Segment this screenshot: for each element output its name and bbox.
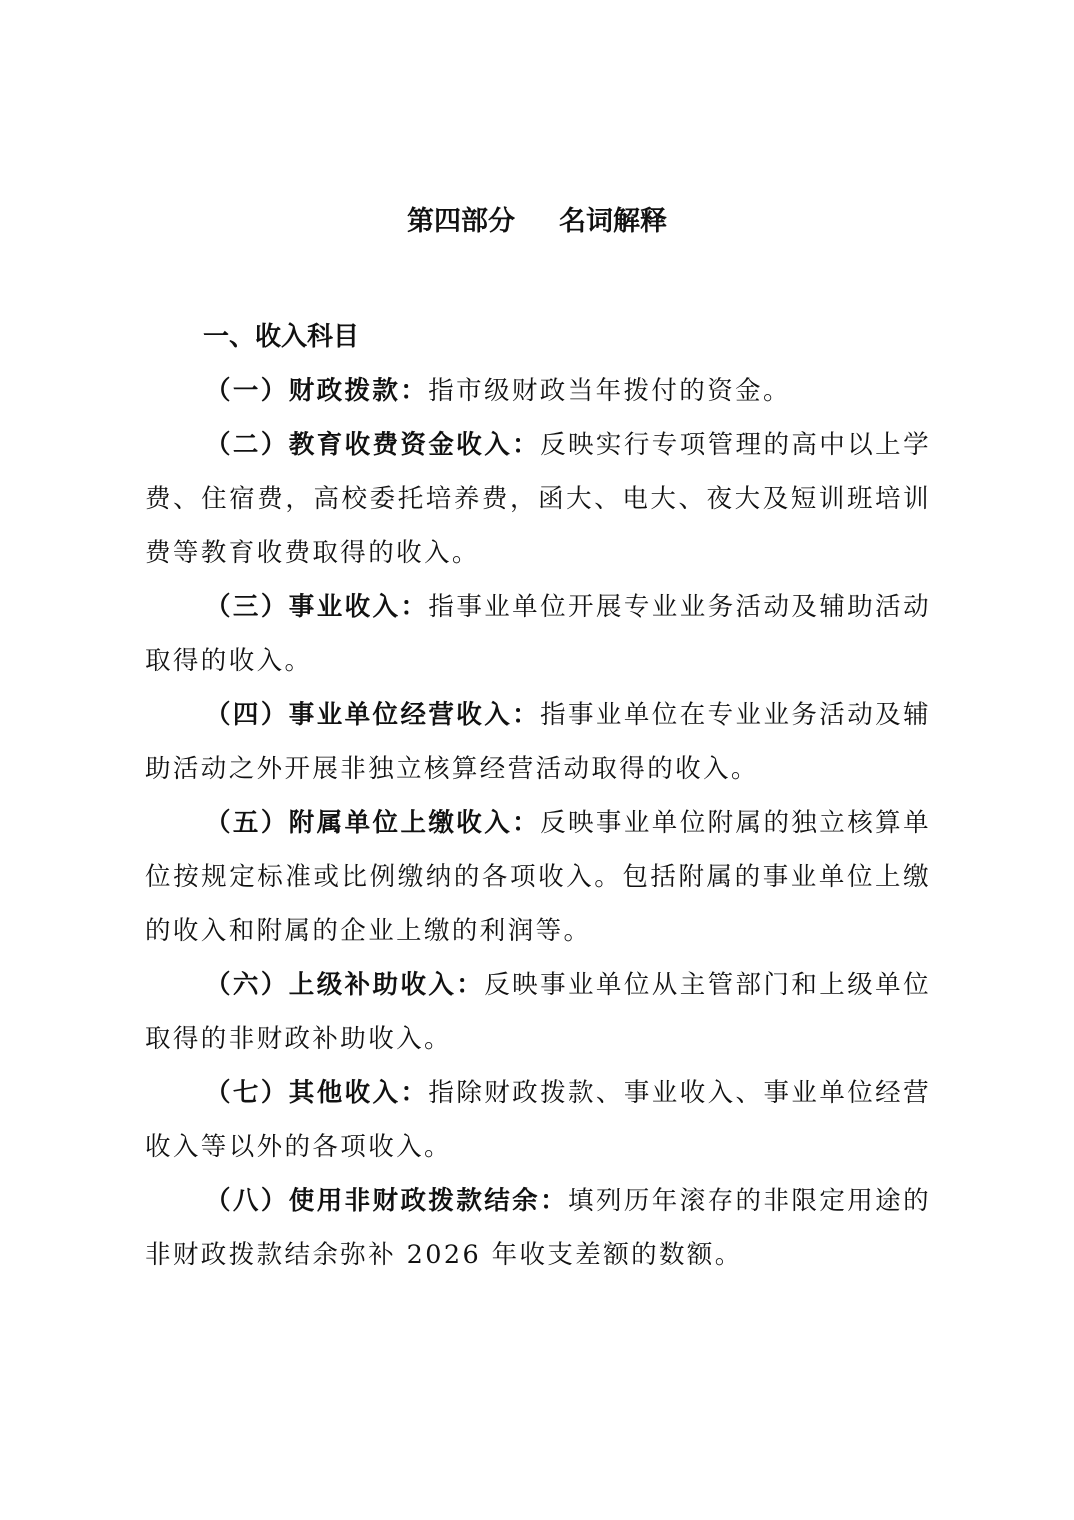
term: （七）其他收入： [205,1078,428,1108]
title-name: 名词解释 [559,206,667,237]
term: （六）上级补助收入： [205,970,484,1000]
title-part: 第四部分 [407,206,515,237]
definition-item-5: （五）附属单位上缴收入：反映事业单位附属的独立核算单位按规定标准或比例缴纳的各项… [145,796,931,958]
definition-item-8: （八）使用非财政拨款结余：填列历年滚存的非限定用途的非财政拨款结余弥补 2026… [145,1174,931,1282]
term: （二）教育收费资金收入： [205,430,540,460]
definition-item-1: （一）财政拨款：指市级财政当年拨付的资金。 [145,364,931,418]
definition-item-4: （四）事业单位经营收入：指事业单位在专业业务活动及辅助活动之外开展非独立核算经营… [145,688,931,796]
definition-item-2: （二）教育收费资金收入：反映实行专项管理的高中以上学费、住宿费，高校委托培养费，… [145,418,931,580]
definition-item-6: （六）上级补助收入：反映事业单位从主管部门和上级单位取得的非财政补助收入。 [145,958,931,1066]
term: （八）使用非财政拨款结余： [205,1186,568,1216]
page-title: 第四部分名词解释 [0,200,1074,244]
definition-item-7: （七）其他收入：指除财政拨款、事业收入、事业单位经营收入等以外的各项收入。 [145,1066,931,1174]
definition: 指市级财政当年拨付的资金。 [428,376,791,406]
document-page: 第四部分名词解释 一、收入科目 （一）财政拨款：指市级财政当年拨付的资金。 （二… [0,0,1074,1520]
term: （一）财政拨款： [205,376,428,406]
content-body: 一、收入科目 （一）财政拨款：指市级财政当年拨付的资金。 （二）教育收费资金收入… [145,310,931,1282]
definition-item-3: （三）事业收入：指事业单位开展专业业务活动及辅助活动取得的收入。 [145,580,931,688]
term: （三）事业收入： [205,592,428,622]
section-heading: 一、收入科目 [145,310,931,364]
term: （五）附属单位上缴收入： [205,808,540,838]
term: （四）事业单位经营收入： [205,700,540,730]
